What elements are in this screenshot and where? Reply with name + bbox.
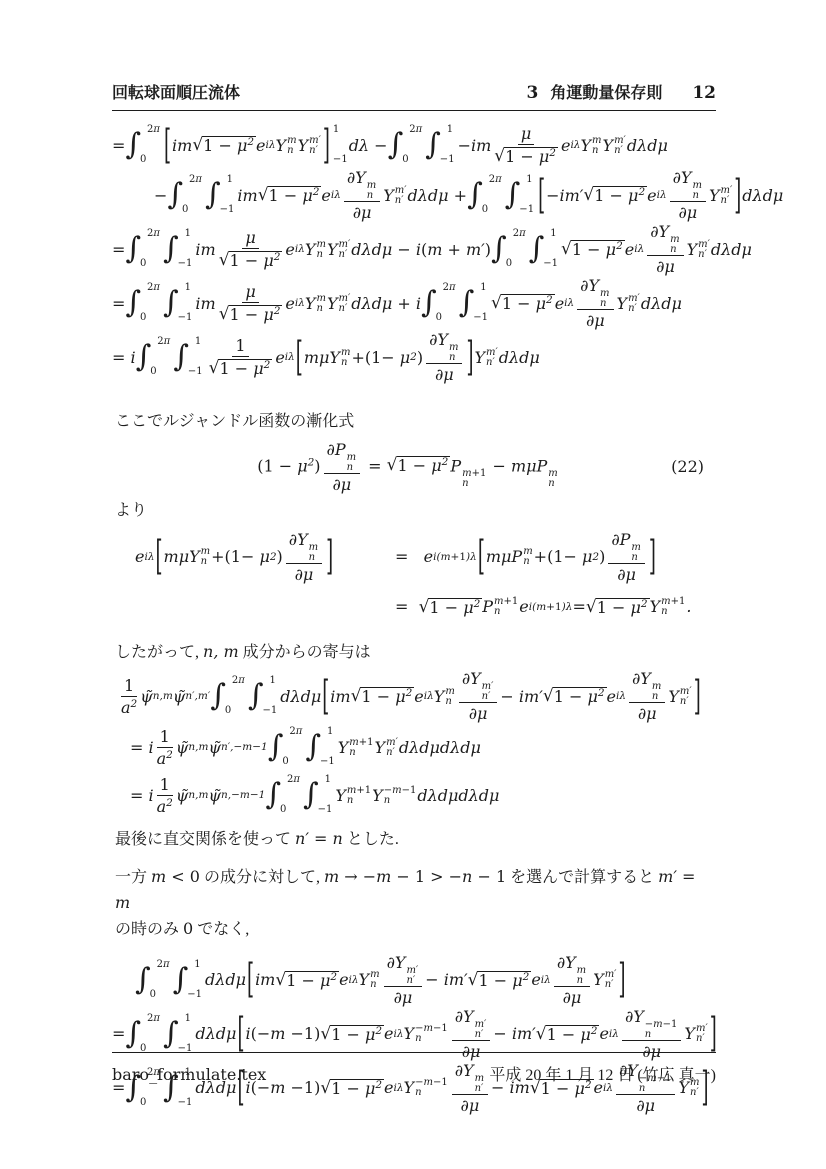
document-page: 回転球面順圧流体 3 角運動量保存則 12 = ∫2π0[im1 − μ2eiλ…: [0, 0, 826, 1169]
equation-block-3: 1a2ψ̃n,mψ̃n′,m′ ∫2π0∫1−1dλdμ [im1 − μ2ei…: [112, 669, 704, 819]
section-title: 角運動量保存則: [550, 80, 662, 103]
running-head-left: 回転球面順圧流体: [112, 80, 240, 103]
paragraph-contribution: したがって, n, m 成分からの寄与は: [115, 640, 704, 666]
equation-line-3-3: = i1a2ψ̃n,mψ̃n,−m−1 ∫2π0∫1−1Ym+1nY−m−1nd…: [130, 771, 704, 819]
paragraph-orthogonality: 最後に直交関係を使って n′ = n とした.: [115, 827, 704, 853]
equation-line-2-lhs: eiλ[mμYmn + (1 − μ2)∂Ymn∂μ]: [135, 530, 395, 584]
equation-line-1-4: = ∫2π0∫1−1imμ1 − μ2eiλYmnYm′n′dλdμ + i ∫…: [112, 276, 704, 330]
header-rule: 回転球面順圧流体 3 角運動量保存則 12: [112, 80, 716, 111]
equation-line-2-rhs2: = 1 − μ2Pm+1nei(m+1)λ = 1 − μ2Ym+1n.: [395, 584, 704, 630]
paragraph-legendre-intro: ここでルジャンドル函数の漸化式: [115, 410, 704, 435]
equation-line-2-rhs1: = ei(m+1)λ[mμPmn + (1 − μ2)∂Pmn∂μ]: [395, 530, 704, 584]
page-footer: baro_formulate.tex 平成 20 年 1 月 12 日 (竹広 …: [112, 1052, 716, 1085]
paragraph-yori: より: [115, 499, 704, 524]
paragraph-negative-m: 一方 m < 0 の成分に対して, m → −m − 1 > −n − 1 を選…: [115, 865, 715, 942]
equation-22-row: (1 − μ2)∂Pmn∂μ = 1 − μ2Pm+1n − mμPmn (22…: [112, 439, 704, 495]
page-body: = ∫2π0[im1 − μ2eiλYmnYm′n′]1−1 dλ − ∫2π0…: [112, 122, 704, 1115]
equation-line-4-1: ∫2π0∫1−1dλdμ [im1 − μ2eiλYmn∂Ym′n′∂μ − i…: [135, 953, 704, 1007]
equation-line-3-2: = i1a2ψ̃n,mψ̃n′,−m−1 ∫2π0∫1−1Ym+1nYm′n′d…: [130, 723, 704, 771]
equation-line-1-5: = i ∫2π0∫1−111 − μ2eiλ[mμYmn + (1 − μ2)∂…: [112, 330, 704, 384]
page-header: 回転球面順圧流体 3 角運動量保存則 12: [112, 80, 716, 111]
equation-number: (22): [671, 457, 704, 476]
equation-line-3-1: 1a2ψ̃n,mψ̃n′,m′ ∫2π0∫1−1dλdμ [im1 − μ2ei…: [118, 669, 704, 723]
equation-line-1-2: − ∫2π0∫1−1im1 − μ2eiλ∂Ymn∂μYm′n′dλdμ + ∫…: [154, 168, 704, 222]
section-number: 3: [526, 83, 538, 103]
equation-line-1-1: = ∫2π0[im1 − μ2eiλYmnYm′n′]1−1 dλ − ∫2π0…: [112, 122, 704, 168]
equation-22: (1 − μ2)∂Pmn∂μ = 1 − μ2Pm+1n − mμPmn: [257, 440, 559, 494]
equation-block-2: eiλ[mμYmn + (1 − μ2)∂Ymn∂μ] = ei(m+1)λ[m…: [135, 530, 704, 630]
footer-date: 平成 20 年 1 月 12 日 (竹広 真一): [489, 1062, 716, 1085]
running-head-right: 3 角運動量保存則 12: [526, 80, 716, 103]
equation-block-4: ∫2π0∫1−1dλdμ [im1 − μ2eiλYmn∂Ym′n′∂μ − i…: [112, 953, 704, 1115]
paragraph-negative-m-line1: 一方 m < 0 の成分に対して, m → −m − 1 > −n − 1 を選…: [115, 865, 715, 917]
equation-line-1-3: = ∫2π0∫1−1imμ1 − μ2eiλYmnYm′n′dλdμ − i(m…: [112, 222, 704, 276]
paragraph-negative-m-line2: の時のみ 0 でなく,: [115, 917, 715, 943]
footer-filename: baro_formulate.tex: [112, 1065, 266, 1084]
page-number: 12: [692, 83, 716, 103]
equation-spacer: [135, 584, 395, 630]
